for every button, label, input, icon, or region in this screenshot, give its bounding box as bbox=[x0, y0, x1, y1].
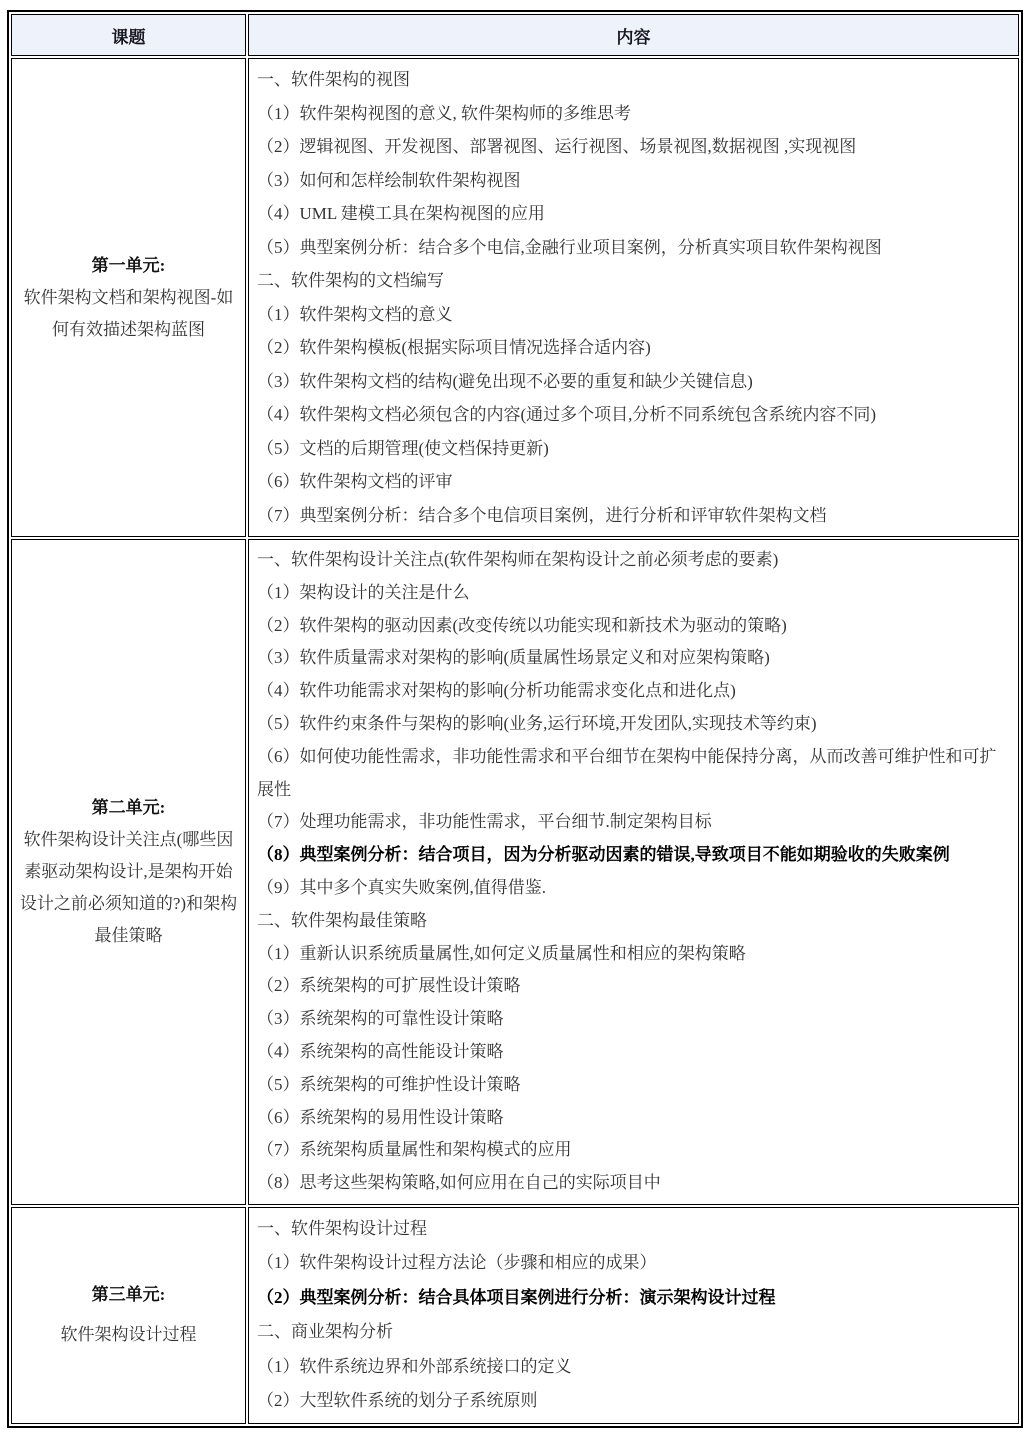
unit-description: 软件架构文档和架构视图-如何有效描述架构蓝图 bbox=[17, 282, 240, 346]
topic-cell-unit1: 第一单元: 软件架构文档和架构视图-如何有效描述架构蓝图 bbox=[11, 58, 246, 537]
content-line: （4）UML 建模工具在架构视图的应用 bbox=[257, 197, 1008, 231]
unit-title: 第一单元: bbox=[17, 250, 240, 282]
unit-row-2: 第二单元: 软件架构设计关注点(哪些因素驱动架构设计,是架构开始设计之前必须知道… bbox=[11, 539, 1019, 1205]
content-line: 一、软件架构设计关注点(软件架构师在架构设计之前必须考虑的要素) bbox=[257, 544, 1008, 577]
content-line: 一、软件架构设计过程 bbox=[257, 1212, 1008, 1247]
unit-description: 软件架构设计过程 bbox=[17, 1319, 240, 1351]
unit-row-1: 第一单元: 软件架构文档和架构视图-如何有效描述架构蓝图 一、软件架构的视图（1… bbox=[11, 58, 1019, 537]
content-line: 一、软件架构的视图 bbox=[257, 63, 1008, 97]
content-line: （3）系统架构的可靠性设计策略 bbox=[257, 1003, 1008, 1036]
content-line: （1）重新认识系统质量属性,如何定义质量属性和相应的架构策略 bbox=[257, 938, 1008, 971]
content-line: （4）软件功能需求对架构的影响(分析功能需求变化点和进化点) bbox=[257, 675, 1008, 708]
content-line: （5）系统架构的可维护性设计策略 bbox=[257, 1069, 1008, 1102]
content-line: （1）软件系统边界和外部系统接口的定义 bbox=[257, 1350, 1008, 1385]
unit-title: 第三单元: bbox=[17, 1279, 240, 1311]
content-line: （4）系统架构的高性能设计策略 bbox=[257, 1036, 1008, 1069]
content-line: （1）软件架构文档的意义 bbox=[257, 298, 1008, 332]
content-cell-unit1: 一、软件架构的视图（1）软件架构视图的意义, 软件架构师的多维思考（2）逻辑视图… bbox=[248, 58, 1019, 537]
content-line: （7）系统架构质量属性和架构模式的应用 bbox=[257, 1134, 1008, 1167]
page: 课题 内容 第一单元: 软件架构文档和架构视图-如何有效描述架构蓝图 一、软件架… bbox=[0, 0, 1032, 1432]
content-line: （8）思考这些架构策略,如何应用在自己的实际项目中 bbox=[257, 1167, 1008, 1200]
content-line: （7）处理功能需求，非功能性需求，平台细节.制定架构目标 bbox=[257, 806, 1008, 839]
content-line: （8）典型案例分析：结合项目，因为分析驱动因素的错误,导致项目不能如期验收的失败… bbox=[257, 839, 1008, 872]
content-line: （6）软件架构文档的评审 bbox=[257, 465, 1008, 499]
content-line: （5）软件约束条件与架构的影响(业务,运行环境,开发团队,实现技术等约束) bbox=[257, 708, 1008, 741]
content-line: 二、软件架构最佳策略 bbox=[257, 905, 1008, 938]
unit-description: 软件架构设计关注点(哪些因素驱动架构设计,是架构开始设计之前必须知道的?)和架构… bbox=[17, 824, 240, 952]
column-header-content: 内容 bbox=[248, 14, 1019, 56]
content-line: （2）软件架构模板(根据实际项目情况选择合适内容) bbox=[257, 331, 1008, 365]
content-line: （1）软件架构设计过程方法论（步骤和相应的成果） bbox=[257, 1246, 1008, 1281]
column-header-topic: 课题 bbox=[11, 14, 246, 56]
course-outline-table: 课题 内容 第一单元: 软件架构文档和架构视图-如何有效描述架构蓝图 一、软件架… bbox=[7, 10, 1023, 1428]
header-row: 课题 内容 bbox=[11, 14, 1019, 56]
content-line: （6）系统架构的易用性设计策略 bbox=[257, 1102, 1008, 1135]
content-line: （1）架构设计的关注是什么 bbox=[257, 577, 1008, 610]
topic-cell-unit2: 第二单元: 软件架构设计关注点(哪些因素驱动架构设计,是架构开始设计之前必须知道… bbox=[11, 539, 246, 1205]
content-line: （6）如何使功能性需求，非功能性需求和平台细节在架构中能保持分离，从而改善可维护… bbox=[257, 741, 1008, 807]
content-line: （2）大型软件系统的划分子系统原则 bbox=[257, 1384, 1008, 1419]
content-line: （2）逻辑视图、开发视图、部署视图、运行视图、场景视图,数据视图 ,实现视图 bbox=[257, 130, 1008, 164]
content-line: （2）软件架构的驱动因素(改变传统以功能实现和新技术为驱动的策略) bbox=[257, 610, 1008, 643]
content-cell-unit2: 一、软件架构设计关注点(软件架构师在架构设计之前必须考虑的要素)（1）架构设计的… bbox=[248, 539, 1019, 1205]
content-cell-unit3: 一、软件架构设计过程（1）软件架构设计过程方法论（步骤和相应的成果）（2）典型案… bbox=[248, 1207, 1019, 1424]
unit-title: 第二单元: bbox=[17, 792, 240, 824]
content-line: （1）软件架构视图的意义, 软件架构师的多维思考 bbox=[257, 97, 1008, 131]
content-line: （3）软件质量需求对架构的影响(质量属性场景定义和对应架构策略) bbox=[257, 642, 1008, 675]
content-line: （3）如何和怎样绘制软件架构视图 bbox=[257, 164, 1008, 198]
content-line: （3）软件架构文档的结构(避免出现不必要的重复和缺少关键信息) bbox=[257, 365, 1008, 399]
content-line: （2）典型案例分析：结合具体项目案例进行分析：演示架构设计过程 bbox=[257, 1281, 1008, 1316]
content-line: 二、软件架构的文档编写 bbox=[257, 264, 1008, 298]
content-line: （5）文档的后期管理(使文档保持更新) bbox=[257, 432, 1008, 466]
content-line: （5）典型案例分析：结合多个电信,金融行业项目案例，分析真实项目软件架构视图 bbox=[257, 231, 1008, 265]
content-line: 二、商业架构分析 bbox=[257, 1315, 1008, 1350]
content-line: （2）系统架构的可扩展性设计策略 bbox=[257, 970, 1008, 1003]
topic-cell-unit3: 第三单元: 软件架构设计过程 bbox=[11, 1207, 246, 1424]
content-line: （9）其中多个真实失败案例,值得借鉴. bbox=[257, 872, 1008, 905]
unit-row-3: 第三单元: 软件架构设计过程 一、软件架构设计过程（1）软件架构设计过程方法论（… bbox=[11, 1207, 1019, 1424]
content-line: （7）典型案例分析：结合多个电信项目案例，进行分析和评审软件架构文档 bbox=[257, 499, 1008, 533]
content-line: （4）软件架构文档必须包含的内容(通过多个项目,分析不同系统包含系统内容不同) bbox=[257, 398, 1008, 432]
